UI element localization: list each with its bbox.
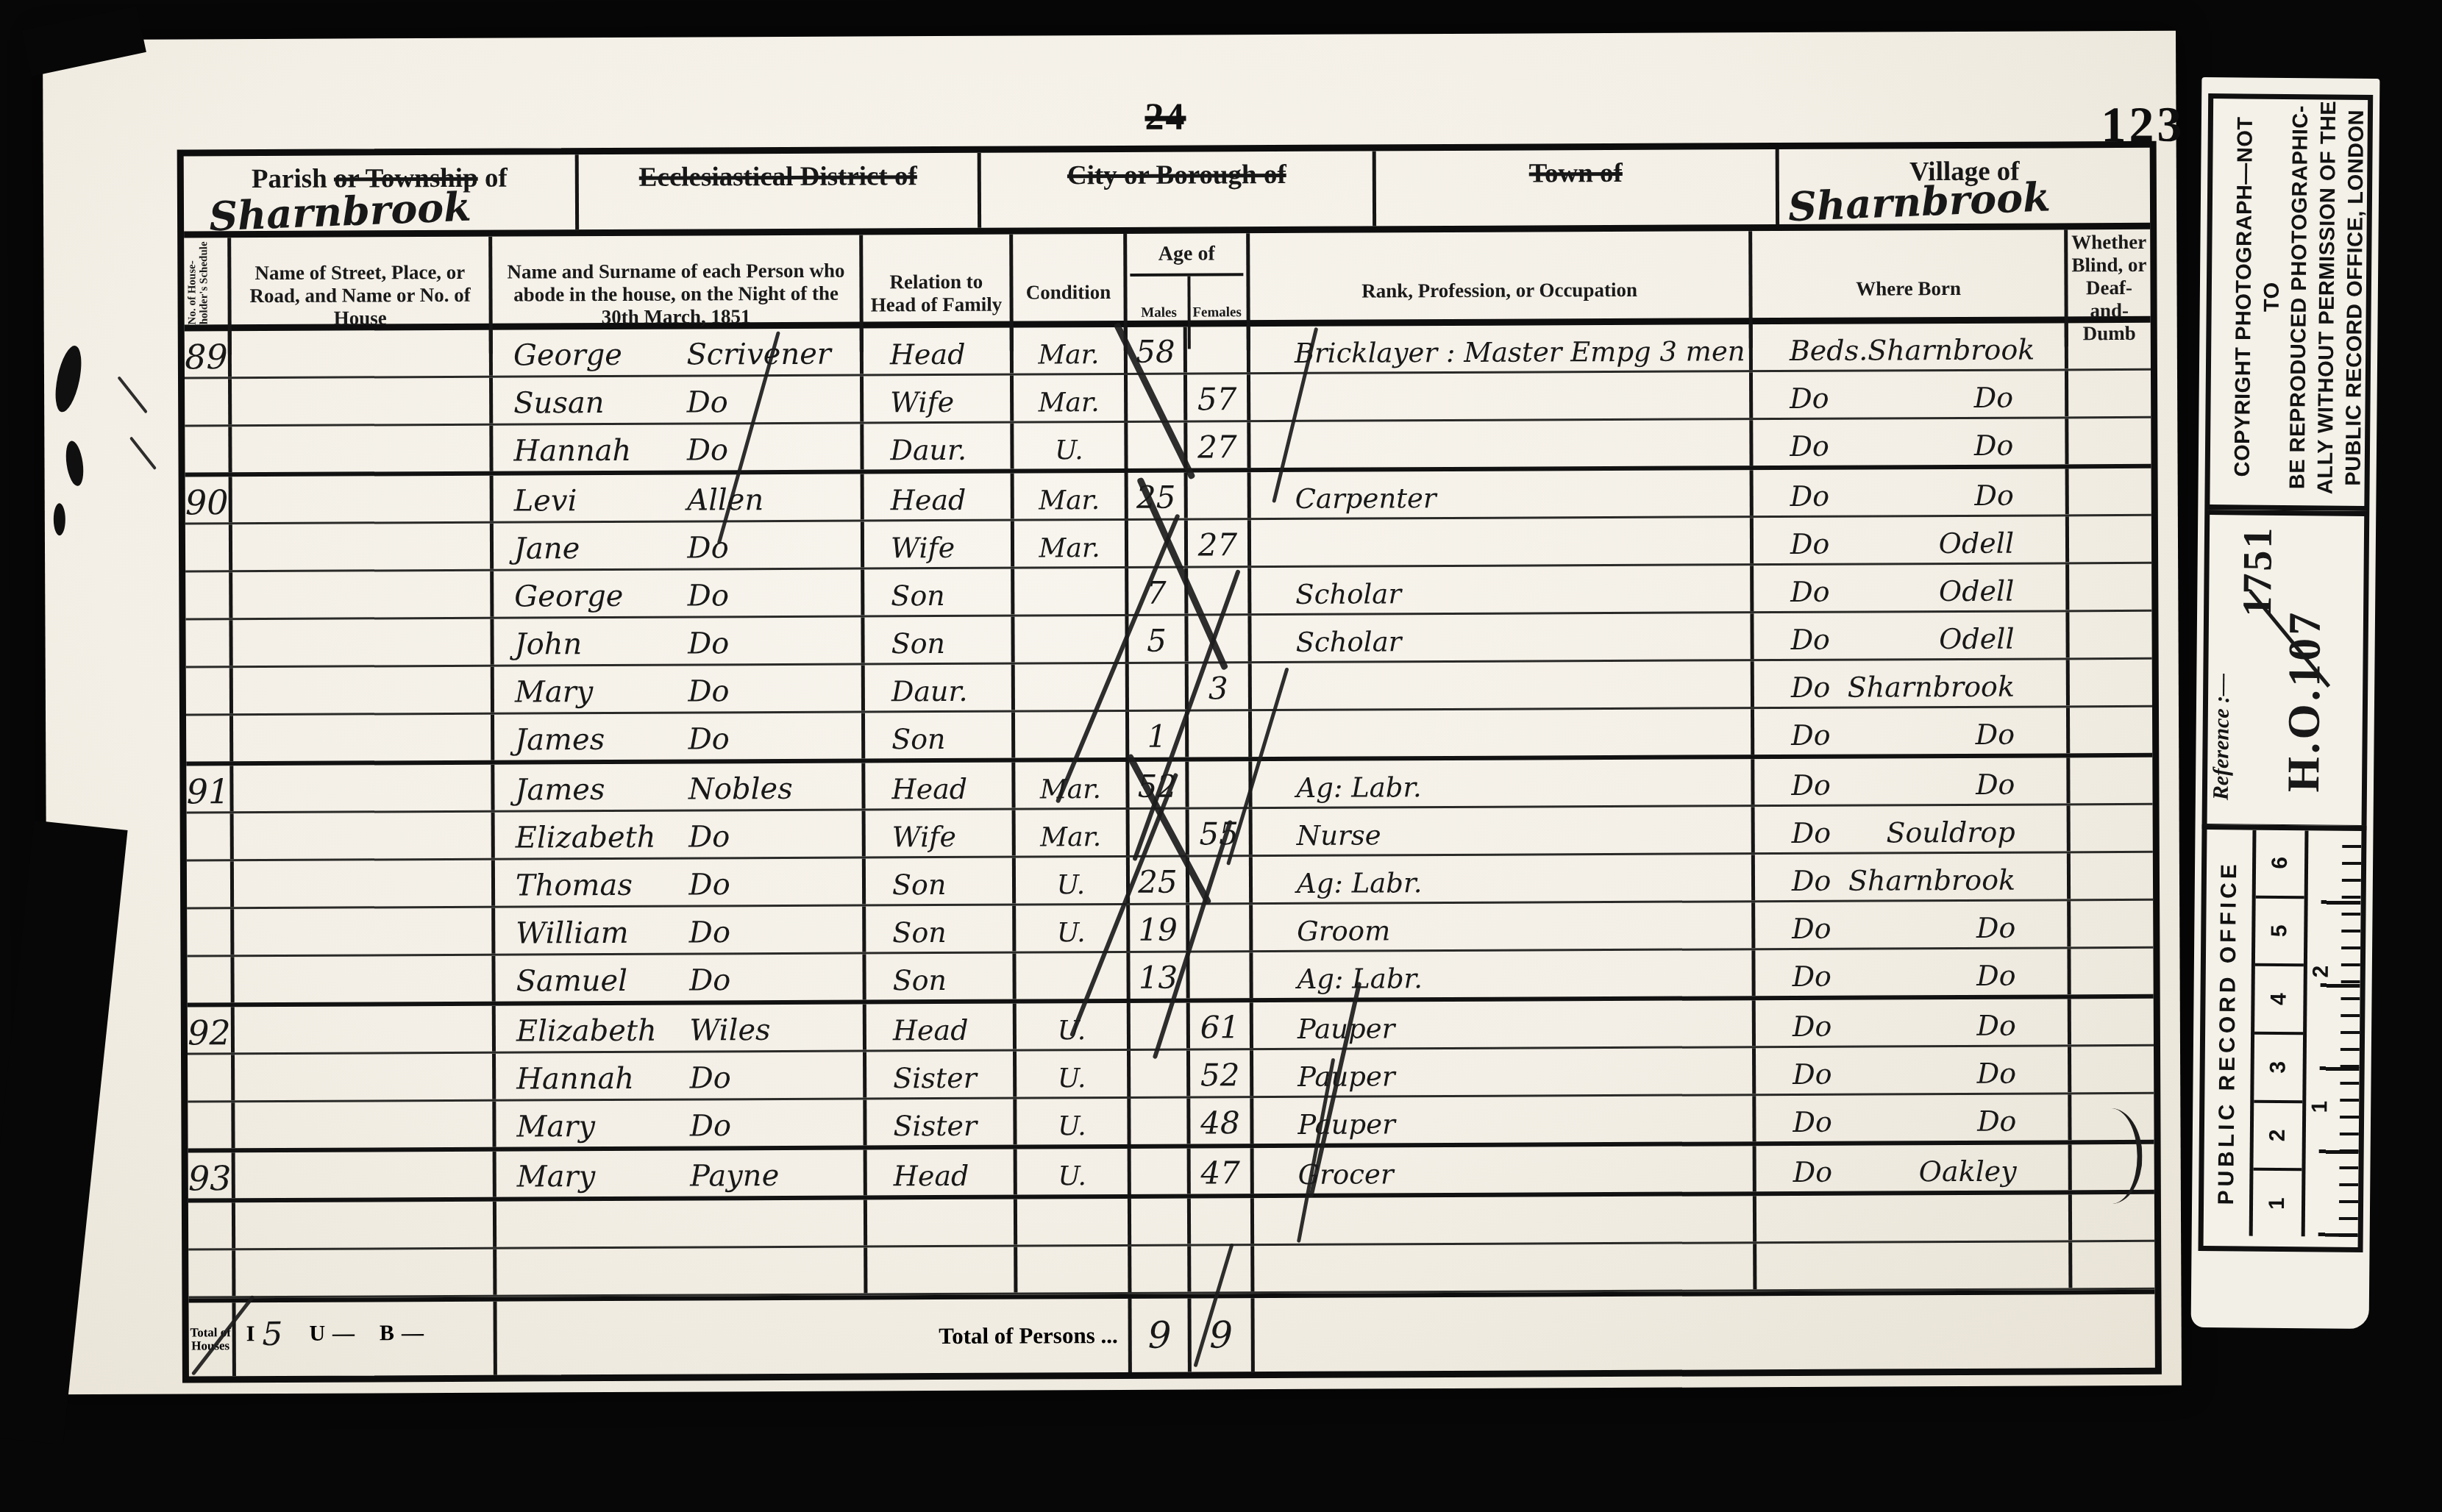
table-row: JohnDo Son 5 Scholar DoOdell xyxy=(185,612,2151,668)
ruler-content: PUBLIC RECORD OFFICE 1 2 3 4 5 6 1 2 xyxy=(2204,830,2362,1237)
cell-where-born: DoDo xyxy=(1754,757,2070,805)
cell-blind-deaf xyxy=(2069,468,2151,514)
building-value: — xyxy=(402,1321,422,1346)
table-row: SusanDo Wife Mar. 57 DoDo xyxy=(185,371,2151,427)
cell-age-female xyxy=(1189,761,1252,807)
cell-name: GeorgeDo xyxy=(494,569,864,616)
cell-occupation xyxy=(1252,709,1754,757)
cell-street xyxy=(235,1054,496,1101)
table-row: SamuelDo Son 13 Ag: Labr. DoDo xyxy=(187,949,2153,1008)
cell-schedule-number xyxy=(186,668,233,713)
table-row: ThomasDo Son U. 25 Ag: Labr. DoSharnbroo… xyxy=(187,853,2153,910)
cell-age-female xyxy=(1191,1198,1254,1244)
cell-condition xyxy=(1017,1247,1131,1293)
cell-name: JamesNobles xyxy=(494,763,865,810)
cell-name xyxy=(496,1247,867,1294)
table-row xyxy=(188,1242,2154,1299)
cell-relation: Daur. xyxy=(865,665,1015,711)
cell-age-male xyxy=(1131,1051,1190,1096)
inhabited-label: I xyxy=(246,1322,255,1347)
cell-relation: Daur. xyxy=(864,424,1014,470)
reference-box: Reference :— H.O.107 1751 xyxy=(2202,510,2370,830)
cell-relation: Son xyxy=(866,858,1016,905)
cell-schedule-number: 93 xyxy=(188,1152,235,1198)
cell-occupation xyxy=(1254,1244,1756,1291)
table-row: HannahDo Sister U. 52 Pauper DoDo xyxy=(188,1046,2154,1103)
cell-blind-deaf xyxy=(2068,418,2151,464)
cell-occupation: Ag: Labr. xyxy=(1252,759,1754,807)
cell-where-born: DoSharnbrook xyxy=(1754,660,2070,707)
cell-blind-deaf xyxy=(2071,805,2153,851)
cell-where-born: DoSharnbrook xyxy=(1755,853,2071,900)
cell-blind-deaf xyxy=(2072,1242,2154,1288)
cell-where-born: DoOdell xyxy=(1754,612,2069,659)
town-cell: Town of xyxy=(1376,149,1779,226)
cell-age-male: 19 xyxy=(1130,905,1189,951)
cell-relation: Wife xyxy=(866,810,1016,857)
cell-condition: Mar. xyxy=(1016,810,1130,856)
totals-row: Total of Houses I 5 U — B — Total of Per… xyxy=(188,1290,2154,1377)
cell-street xyxy=(232,619,494,666)
cell-where-born: DoDo xyxy=(1753,418,2068,466)
cell-relation: Son xyxy=(864,569,1014,616)
cell-street xyxy=(232,524,494,571)
cell-where-born: DoDo xyxy=(1756,999,2071,1046)
cell-name: LeviAllen xyxy=(494,474,864,521)
cell-street xyxy=(233,715,494,762)
cell-schedule-number xyxy=(186,716,233,761)
cell-street xyxy=(235,1202,496,1249)
pen-stroke xyxy=(129,436,157,470)
cell-schedule-number: 91 xyxy=(186,766,233,811)
cell-where-born: DoOakley xyxy=(1756,1144,2072,1191)
cell-schedule-number xyxy=(185,524,232,570)
cell-age-female xyxy=(1189,711,1252,757)
cell-relation: Son xyxy=(864,617,1014,663)
reference-content: Reference :— H.O.107 1751 xyxy=(2207,515,2365,815)
copyright-line: PUBLIC RECORD OFFICE, LONDON xyxy=(2340,100,2371,496)
age-males-label: Males xyxy=(1130,277,1190,350)
cell-occupation: Ag: Labr. xyxy=(1253,950,1755,998)
col-header-schedule: No. of House-holder's Schedule xyxy=(184,238,232,355)
cell-age-female xyxy=(1189,952,1253,998)
cell-schedule-number xyxy=(187,813,234,859)
ink-blob xyxy=(54,503,65,535)
parish-value-handwritten: Sharnbrook xyxy=(208,183,472,240)
col-header-name: Name and Surname of each Person who abod… xyxy=(492,235,864,353)
struck-folio-number: 24 xyxy=(1145,96,1186,139)
cell-street xyxy=(232,378,493,425)
cell-relation: Head xyxy=(866,1004,1017,1050)
cell-schedule-number xyxy=(187,861,234,907)
cell-name: ThomasDo xyxy=(495,858,866,905)
ruler-inch-label: 6 xyxy=(2256,830,2305,896)
cell-condition: Mar. xyxy=(1014,521,1128,567)
uninhabited-label: U xyxy=(309,1322,325,1347)
copyright-line: ALLY WITHOUT PERMISSION OF THE xyxy=(2313,99,2343,495)
copyright-line: BE REPRODUCED PHOTOGRAPHIC- xyxy=(2285,99,2315,495)
cell-blind-deaf xyxy=(2070,707,2152,753)
cell-schedule-number xyxy=(187,957,234,1002)
cell-occupation xyxy=(1251,518,1754,566)
cell-name: WilliamDo xyxy=(495,906,866,953)
cell-blind-deaf xyxy=(2071,1046,2154,1092)
cell-age-female: 61 xyxy=(1190,1002,1253,1048)
cell-schedule-number xyxy=(188,1055,235,1100)
cell-name: HannahDo xyxy=(496,1052,866,1099)
total-houses-label: Total of Houses xyxy=(188,1302,235,1376)
cell-condition: U. xyxy=(1017,1099,1131,1145)
copyright-line: COPYRIGHT PHOTOGRAPH—NOT TO xyxy=(2229,99,2288,495)
cell-name: JohnDo xyxy=(494,617,864,664)
cell-street xyxy=(232,476,494,523)
total-persons-males: 9 xyxy=(1131,1299,1191,1372)
cell-where-born: DoDo xyxy=(1756,1046,2071,1094)
cell-schedule-number xyxy=(188,1202,235,1248)
cell-age-female: 52 xyxy=(1190,1050,1253,1096)
reference-label: Reference :— xyxy=(2209,674,2235,801)
table-row: 90 LeviAllen Head Mar. 25 Carpenter DoDo xyxy=(185,468,2151,525)
cell-name: SusanDo xyxy=(493,376,864,423)
cell-blind-deaf xyxy=(2069,612,2151,657)
cell-relation: Son xyxy=(865,713,1015,759)
cell-where-born: DoOdell xyxy=(1754,564,2069,611)
column-header-row: No. of House-holder's Schedule Name of S… xyxy=(184,229,2151,332)
ecclesiastical-district-label: Ecclesiastical District of xyxy=(639,161,917,193)
cell-schedule-number xyxy=(185,379,232,424)
cell-name: MaryDo xyxy=(496,1099,866,1147)
cell-where-born: DoDo xyxy=(1753,371,2068,418)
cell-condition: U. xyxy=(1017,1051,1131,1097)
cell-schedule-number xyxy=(188,1102,235,1148)
cell-where-born: DoDo xyxy=(1754,468,2069,516)
col-header-occupation: Rank, Profession, or Occupation xyxy=(1250,231,1753,350)
cell-condition: Mar. xyxy=(1014,473,1128,519)
cell-schedule-number xyxy=(185,427,232,472)
cell-blind-deaf xyxy=(2070,660,2152,705)
table-row: WilliamDo Son U. 19 Groom DoDo xyxy=(187,901,2153,958)
cell-schedule-number xyxy=(188,1250,235,1296)
cell-condition: U. xyxy=(1017,1149,1131,1195)
cell-street xyxy=(234,908,495,955)
cell-age-female: 27 xyxy=(1188,520,1251,566)
total-persons-label: Total of Persons ... xyxy=(496,1299,1131,1375)
cell-occupation: Scholar xyxy=(1251,566,1754,613)
col-header-relation: Relation to Head of Family xyxy=(863,235,1014,352)
cell-condition xyxy=(1015,712,1129,758)
cell-schedule-number xyxy=(185,572,232,618)
cell-name: ElizabethWiles xyxy=(496,1004,866,1051)
col-header-blind: Whether Blind, or Deaf-and-Dumb xyxy=(2068,229,2151,347)
total-persons-females: 9 xyxy=(1191,1298,1254,1372)
cell-occupation xyxy=(1250,372,1753,420)
cell-name: MaryDo xyxy=(494,665,865,712)
ruler-title: PUBLIC RECORD OFFICE xyxy=(2204,830,2257,1236)
cell-age-female: 48 xyxy=(1190,1098,1253,1144)
copyright-notice-box: COPYRIGHT PHOTOGRAPH—NOT TO BE REPRODUCE… xyxy=(2204,93,2373,511)
cell-name: SamuelDo xyxy=(495,954,866,1001)
cell-name: MaryPayne xyxy=(496,1149,867,1197)
cell-condition: U. xyxy=(1016,857,1130,904)
table-row: MaryDo Sister U. 48 Pauper DoDo xyxy=(188,1094,2154,1153)
cell-occupation: Nurse xyxy=(1253,807,1755,855)
ruler-box: PUBLIC RECORD OFFICE 1 2 3 4 5 6 1 2 xyxy=(2198,824,2366,1252)
age-of-label: Age of xyxy=(1130,235,1243,277)
cell-occupation: Pauper xyxy=(1253,1000,1756,1048)
cell-schedule-number xyxy=(187,909,234,955)
ink-blob xyxy=(63,440,86,488)
cell-condition: Mar. xyxy=(1014,375,1128,421)
cell-occupation: Scholar xyxy=(1251,613,1754,661)
ruler-tick-scale: 1 2 xyxy=(2305,830,2362,1237)
col-header-age: Age of Males Females xyxy=(1127,233,1250,351)
cell-relation: Sister xyxy=(866,1052,1017,1098)
cell-age-female xyxy=(1188,472,1251,518)
parish-label-suffix: of xyxy=(478,163,508,193)
cell-age-male xyxy=(1129,664,1189,710)
table-body: 89 GeorgeScrivener Head Mar. 58 Bricklay… xyxy=(185,323,2155,1299)
cell-street xyxy=(234,813,495,860)
cell-occupation: Grocer xyxy=(1254,1146,1756,1194)
table-row: GeorgeDo Son 7 Scholar DoOdell xyxy=(185,564,2151,621)
cell-schedule-number: 92 xyxy=(188,1007,235,1052)
cell-where-born: DoDo xyxy=(1754,707,2070,755)
city-borough-label: City or Borough of xyxy=(1067,160,1286,190)
cell-blind-deaf xyxy=(2069,516,2151,562)
census-page: 24 123 Parish or Township of Sharnbrook … xyxy=(43,31,2182,1395)
cell-street xyxy=(235,1249,496,1297)
cell-street xyxy=(235,1006,496,1053)
building-label: B xyxy=(380,1321,394,1346)
cell-relation: Head xyxy=(864,474,1014,520)
age-females-label: Females xyxy=(1190,276,1243,349)
cell-street xyxy=(235,1102,496,1149)
cell-blind-deaf xyxy=(2071,853,2153,899)
cell-where-born: DoDo xyxy=(1755,901,2071,948)
table-row xyxy=(188,1194,2154,1251)
ruler-inch-label: 2 xyxy=(2253,1099,2302,1168)
col-header-born: Where Born xyxy=(1752,229,2068,348)
cell-occupation: Groom xyxy=(1253,902,1755,950)
cell-relation: Head xyxy=(865,763,1015,809)
cell-condition: U. xyxy=(1014,423,1128,469)
city-borough-cell: City or Borough of xyxy=(981,151,1376,227)
cell-relation xyxy=(867,1247,1017,1294)
cell-age-male: 5 xyxy=(1128,616,1188,662)
town-label: Town of xyxy=(1529,158,1623,189)
cell-where-born: DoDo xyxy=(1756,1094,2071,1141)
cell-condition xyxy=(1014,568,1128,615)
cell-street xyxy=(235,1152,496,1199)
cell-where-born: DoSouldrop xyxy=(1755,805,2071,852)
ruler-inch-label: 1 xyxy=(2253,1168,2302,1236)
cell-age-male xyxy=(1131,1149,1191,1194)
cell-street xyxy=(232,571,494,618)
totals-empty-cell xyxy=(1254,1294,2154,1372)
cell-blind-deaf xyxy=(2070,757,2152,803)
cell-age-female: 57 xyxy=(1187,374,1250,420)
cell-occupation xyxy=(1254,1196,1756,1244)
cell-schedule-number: 90 xyxy=(185,477,232,522)
ruler-inch-label: 4 xyxy=(2254,963,2304,1032)
cell-condition xyxy=(1014,616,1128,663)
cell-where-born xyxy=(1756,1242,2072,1289)
village-cell: Village of Sharnbrook xyxy=(1779,148,2150,224)
cell-street xyxy=(234,860,495,907)
parish-cell: Parish or Township of Sharnbrook xyxy=(184,154,579,231)
ruler-inch-label: 5 xyxy=(2255,895,2304,963)
cell-relation: Wife xyxy=(864,376,1014,422)
cell-name: JaneDo xyxy=(494,521,864,568)
table-row: 93 MaryPayne Head U. 47 Grocer DoOakley xyxy=(188,1144,2154,1203)
cell-name: HannahDo xyxy=(493,424,864,471)
cell-street xyxy=(232,426,493,473)
cell-relation: Son xyxy=(866,954,1016,1000)
table-row: MaryDo Daur. 3 DoSharnbrook xyxy=(186,660,2152,716)
archive-side-strip: COPYRIGHT PHOTOGRAPH—NOT TO BE REPRODUCE… xyxy=(2191,77,2380,1329)
cell-relation: Son xyxy=(866,906,1016,952)
cell-condition xyxy=(1017,1199,1131,1245)
village-value-handwritten: Sharnbrook xyxy=(1787,173,2051,230)
pen-stroke xyxy=(117,376,148,413)
cell-relation xyxy=(867,1199,1017,1246)
cell-occupation xyxy=(1250,420,1753,468)
ruler-inch-scale: 1 2 3 4 5 6 xyxy=(2253,830,2309,1237)
cell-street xyxy=(234,956,495,1003)
cell-where-born xyxy=(1756,1194,2072,1241)
cell-age-female: 27 xyxy=(1187,422,1250,468)
cell-blind-deaf xyxy=(2071,999,2154,1044)
cell-name: ElizabethDo xyxy=(495,810,866,857)
cell-age-male xyxy=(1131,1099,1190,1144)
cell-blind-deaf xyxy=(2071,949,2153,994)
col-header-street: Name of Street, Place, or Road, and Name… xyxy=(231,237,493,355)
inhabited-value: 5 xyxy=(262,1315,282,1352)
cell-age-male xyxy=(1131,1247,1191,1292)
col-header-condition: Condition xyxy=(1013,234,1128,352)
cell-schedule-number xyxy=(185,620,232,666)
cell-relation: Head xyxy=(867,1149,1017,1196)
cell-blind-deaf xyxy=(2071,901,2153,946)
cell-occupation xyxy=(1252,661,1754,709)
microfilm-frame: 24 123 Parish or Township of Sharnbrook … xyxy=(0,0,2442,1512)
cell-relation: Wife xyxy=(864,521,1014,568)
uninhabited-value: — xyxy=(332,1322,353,1347)
cell-name: JamesDo xyxy=(494,713,865,760)
cell-age-male xyxy=(1131,1199,1191,1244)
cell-blind-deaf xyxy=(2069,564,2151,610)
ink-blob xyxy=(51,343,86,414)
ruler-small-ticks xyxy=(2339,831,2362,1237)
cell-street xyxy=(233,765,494,812)
location-band: Parish or Township of Sharnbrook Ecclesi… xyxy=(184,148,2150,238)
cell-street xyxy=(233,667,494,714)
cell-relation: Sister xyxy=(866,1099,1017,1146)
copyright-text: COPYRIGHT PHOTOGRAPH—NOT TO BE REPRODUCE… xyxy=(2210,99,2373,496)
total-houses-values: I 5 U — B — xyxy=(235,1302,496,1377)
reference-piece-stamp: 1751 xyxy=(2234,525,2282,617)
cell-blind-deaf xyxy=(2068,371,2151,416)
cell-where-born: DoOdell xyxy=(1754,516,2069,563)
ecclesiastical-district-cell: Ecclesiastical District of xyxy=(579,153,981,229)
cell-age-female: 47 xyxy=(1191,1148,1254,1194)
cell-name xyxy=(496,1199,867,1247)
cell-where-born: DoDo xyxy=(1755,949,2071,996)
cell-condition xyxy=(1016,953,1130,999)
ruler-inch-label: 3 xyxy=(2254,1032,2303,1100)
cell-occupation: Ag: Labr. xyxy=(1253,855,1755,902)
cell-occupation: Carpenter xyxy=(1251,470,1754,518)
